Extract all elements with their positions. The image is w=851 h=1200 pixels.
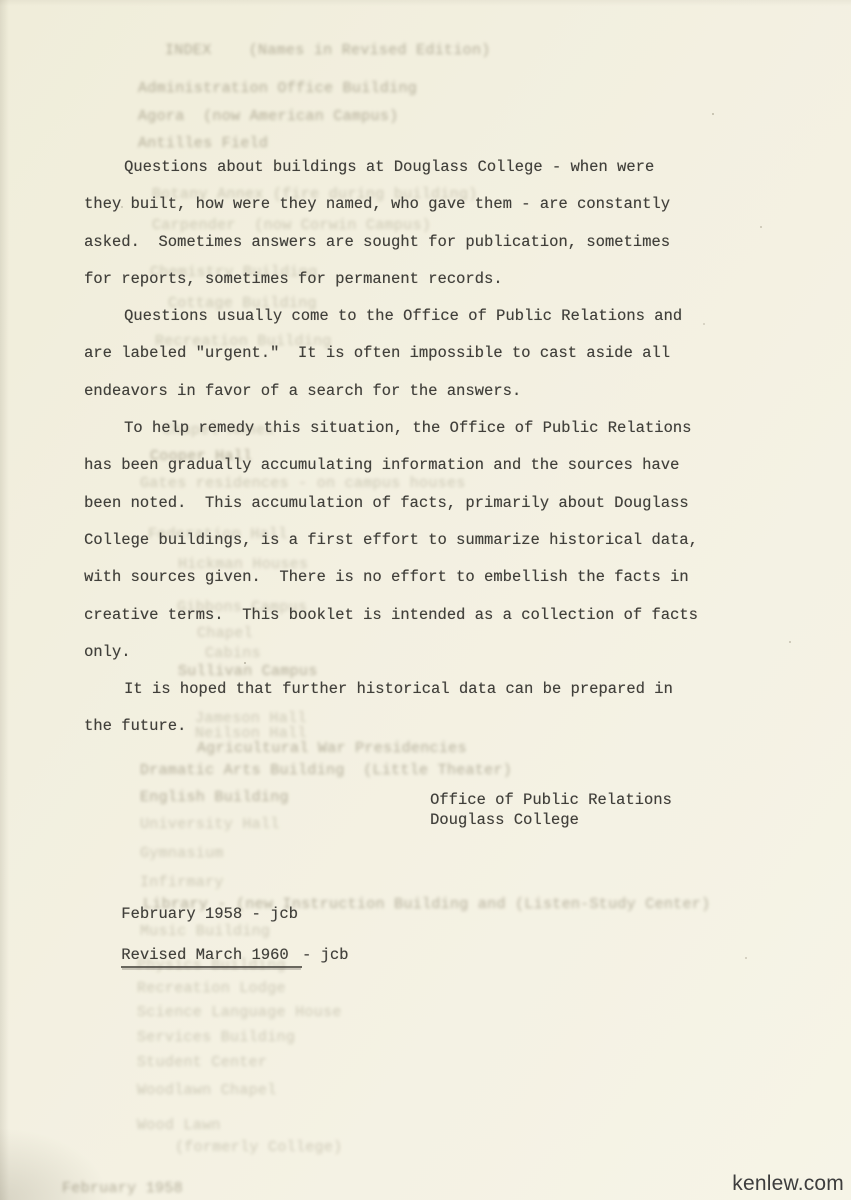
revised-initials-text: - jcb [302, 946, 349, 964]
bleedthrough-line: Gymnasium [140, 845, 224, 862]
bleedthrough-line: Wood Lawn [137, 1117, 221, 1134]
body-line: they built, how were they named, who gav… [84, 186, 698, 223]
bleedthrough-line: Services Building [137, 1029, 295, 1046]
body-line: for reports, sometimes for permanent rec… [84, 261, 698, 298]
body-line: To help remedy this situation, the Offic… [84, 410, 698, 447]
bleedthrough-line: Woodlawn Chapel [137, 1082, 277, 1099]
watermark: kenlew.com [732, 1172, 844, 1196]
body-line: Questions usually come to the Office of … [84, 298, 698, 335]
bleedthrough-line: February 1958 [62, 1180, 183, 1197]
body-line: creative terms. This booklet is intended… [84, 597, 698, 634]
body-line: are labeled "urgent." It is often imposs… [84, 335, 698, 372]
date-line-1960: Revised March 1960 - jcb [84, 925, 348, 985]
signature-block: Office of Public RelationsDouglass Colle… [430, 791, 672, 830]
revised-underlined-text: Revised March 1960 [121, 946, 302, 968]
bleedthrough-line: English Building [140, 789, 289, 806]
body-line: has been gradually accumulating informat… [84, 447, 698, 484]
bleedthrough-line: Administration Office Building [138, 80, 417, 97]
body-line: been noted. This accumulation of facts, … [84, 485, 698, 522]
bleedthrough-line: INDEX (Names in Revised Edition) [165, 42, 491, 59]
bleedthrough-line: Dramatic Arts Building (Little Theater) [140, 762, 512, 779]
body-line: College buildings, is a first effort to … [84, 522, 698, 559]
signature-line: Douglass College [430, 811, 672, 831]
typed-body: Questions about buildings at Douglass Co… [84, 149, 698, 746]
signature-line: Office of Public Relations [430, 791, 672, 811]
bleedthrough-line: (formerly College) [175, 1139, 342, 1156]
paper-specks [0, 0, 2, 2]
bleedthrough-line: Agora (now American Campus) [138, 108, 398, 125]
date-line-1958-text: February 1958 - jcb [121, 905, 298, 923]
bleedthrough-line: Student Center [137, 1054, 267, 1071]
body-line: the future. [84, 708, 698, 745]
body-line: with sources given. There is no effort t… [84, 559, 698, 596]
body-line: endeavors in favor of a search for the a… [84, 373, 698, 410]
document-page: INDEX (Names in Revised Edition)Administ… [0, 0, 851, 1200]
bleedthrough-line: University Hall [140, 816, 280, 833]
bleedthrough-line: Science Language House [137, 1004, 342, 1021]
body-line: Questions about buildings at Douglass Co… [84, 149, 698, 186]
body-line: It is hoped that further historical data… [84, 671, 698, 708]
body-line: asked. Sometimes answers are sought for … [84, 224, 698, 261]
body-line: only. [84, 634, 698, 671]
